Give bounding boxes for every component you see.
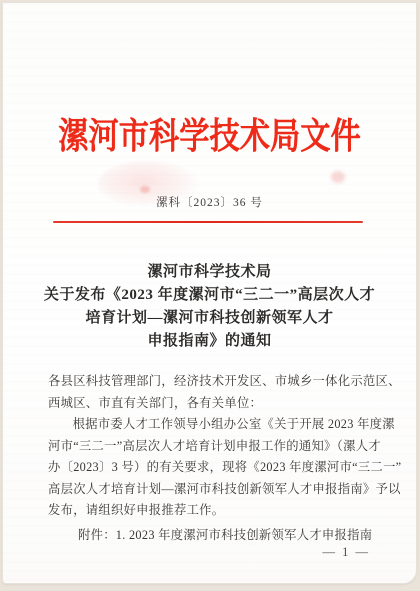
notice-title-line: 关于发布《2023 年度漯河市“三二一”高层次人才 <box>3 284 416 307</box>
body-line: 河市“三二一”高层次人才培育计划申报工作的通知》（漯人才 <box>48 436 378 458</box>
red-ink-speck <box>331 171 345 183</box>
body-line: 高层次人才培育计划—漯河市科技创新领军人才申报指南》予以 <box>48 479 378 501</box>
document-number: 漯科〔2023〕36 号 <box>3 194 416 210</box>
notice-title-line: 培育计划—漯河市科技创新领军人才 <box>3 307 416 330</box>
notice-body: 各县区科技管理部门，经济技术开发区、市城乡一体化示范区、 西城区、市直有关部门，… <box>48 371 378 522</box>
page-number: — 1 — <box>323 545 371 560</box>
body-line: 办〔2023〕3 号）的有关要求，现将《2023 年度漯河市“三二一” <box>48 457 378 479</box>
body-line: 根据市委人才工作领导小组办公室《关于开展 2023 年度漯 <box>48 414 378 436</box>
notice-title-line: 漯河市科学技术局 <box>3 261 416 284</box>
red-divider-rule <box>53 221 363 223</box>
red-ink-speck <box>140 186 150 193</box>
letterhead-title: 漯河市科学技术局文件 <box>36 113 383 159</box>
salutation-line: 西城区、市直有关部门，各有关单位： <box>48 393 378 415</box>
notice-title: 漯河市科学技术局 关于发布《2023 年度漯河市“三二一”高层次人才 培育计划—… <box>3 261 416 353</box>
notice-title-line: 申报指南》的通知 <box>3 330 416 353</box>
salutation-line: 各县区科技管理部门，经济技术开发区、市城乡一体化示范区、 <box>48 371 378 393</box>
document-page: 漯河市科学技术局文件 漯科〔2023〕36 号 漯河市科学技术局 关于发布《20… <box>2 2 417 584</box>
attachment-line: 附件：1. 2023 年度漯河市科技创新领军人才申报指南 <box>78 525 372 543</box>
body-line: 发布，请组织好申报推荐工作。 <box>48 500 378 522</box>
